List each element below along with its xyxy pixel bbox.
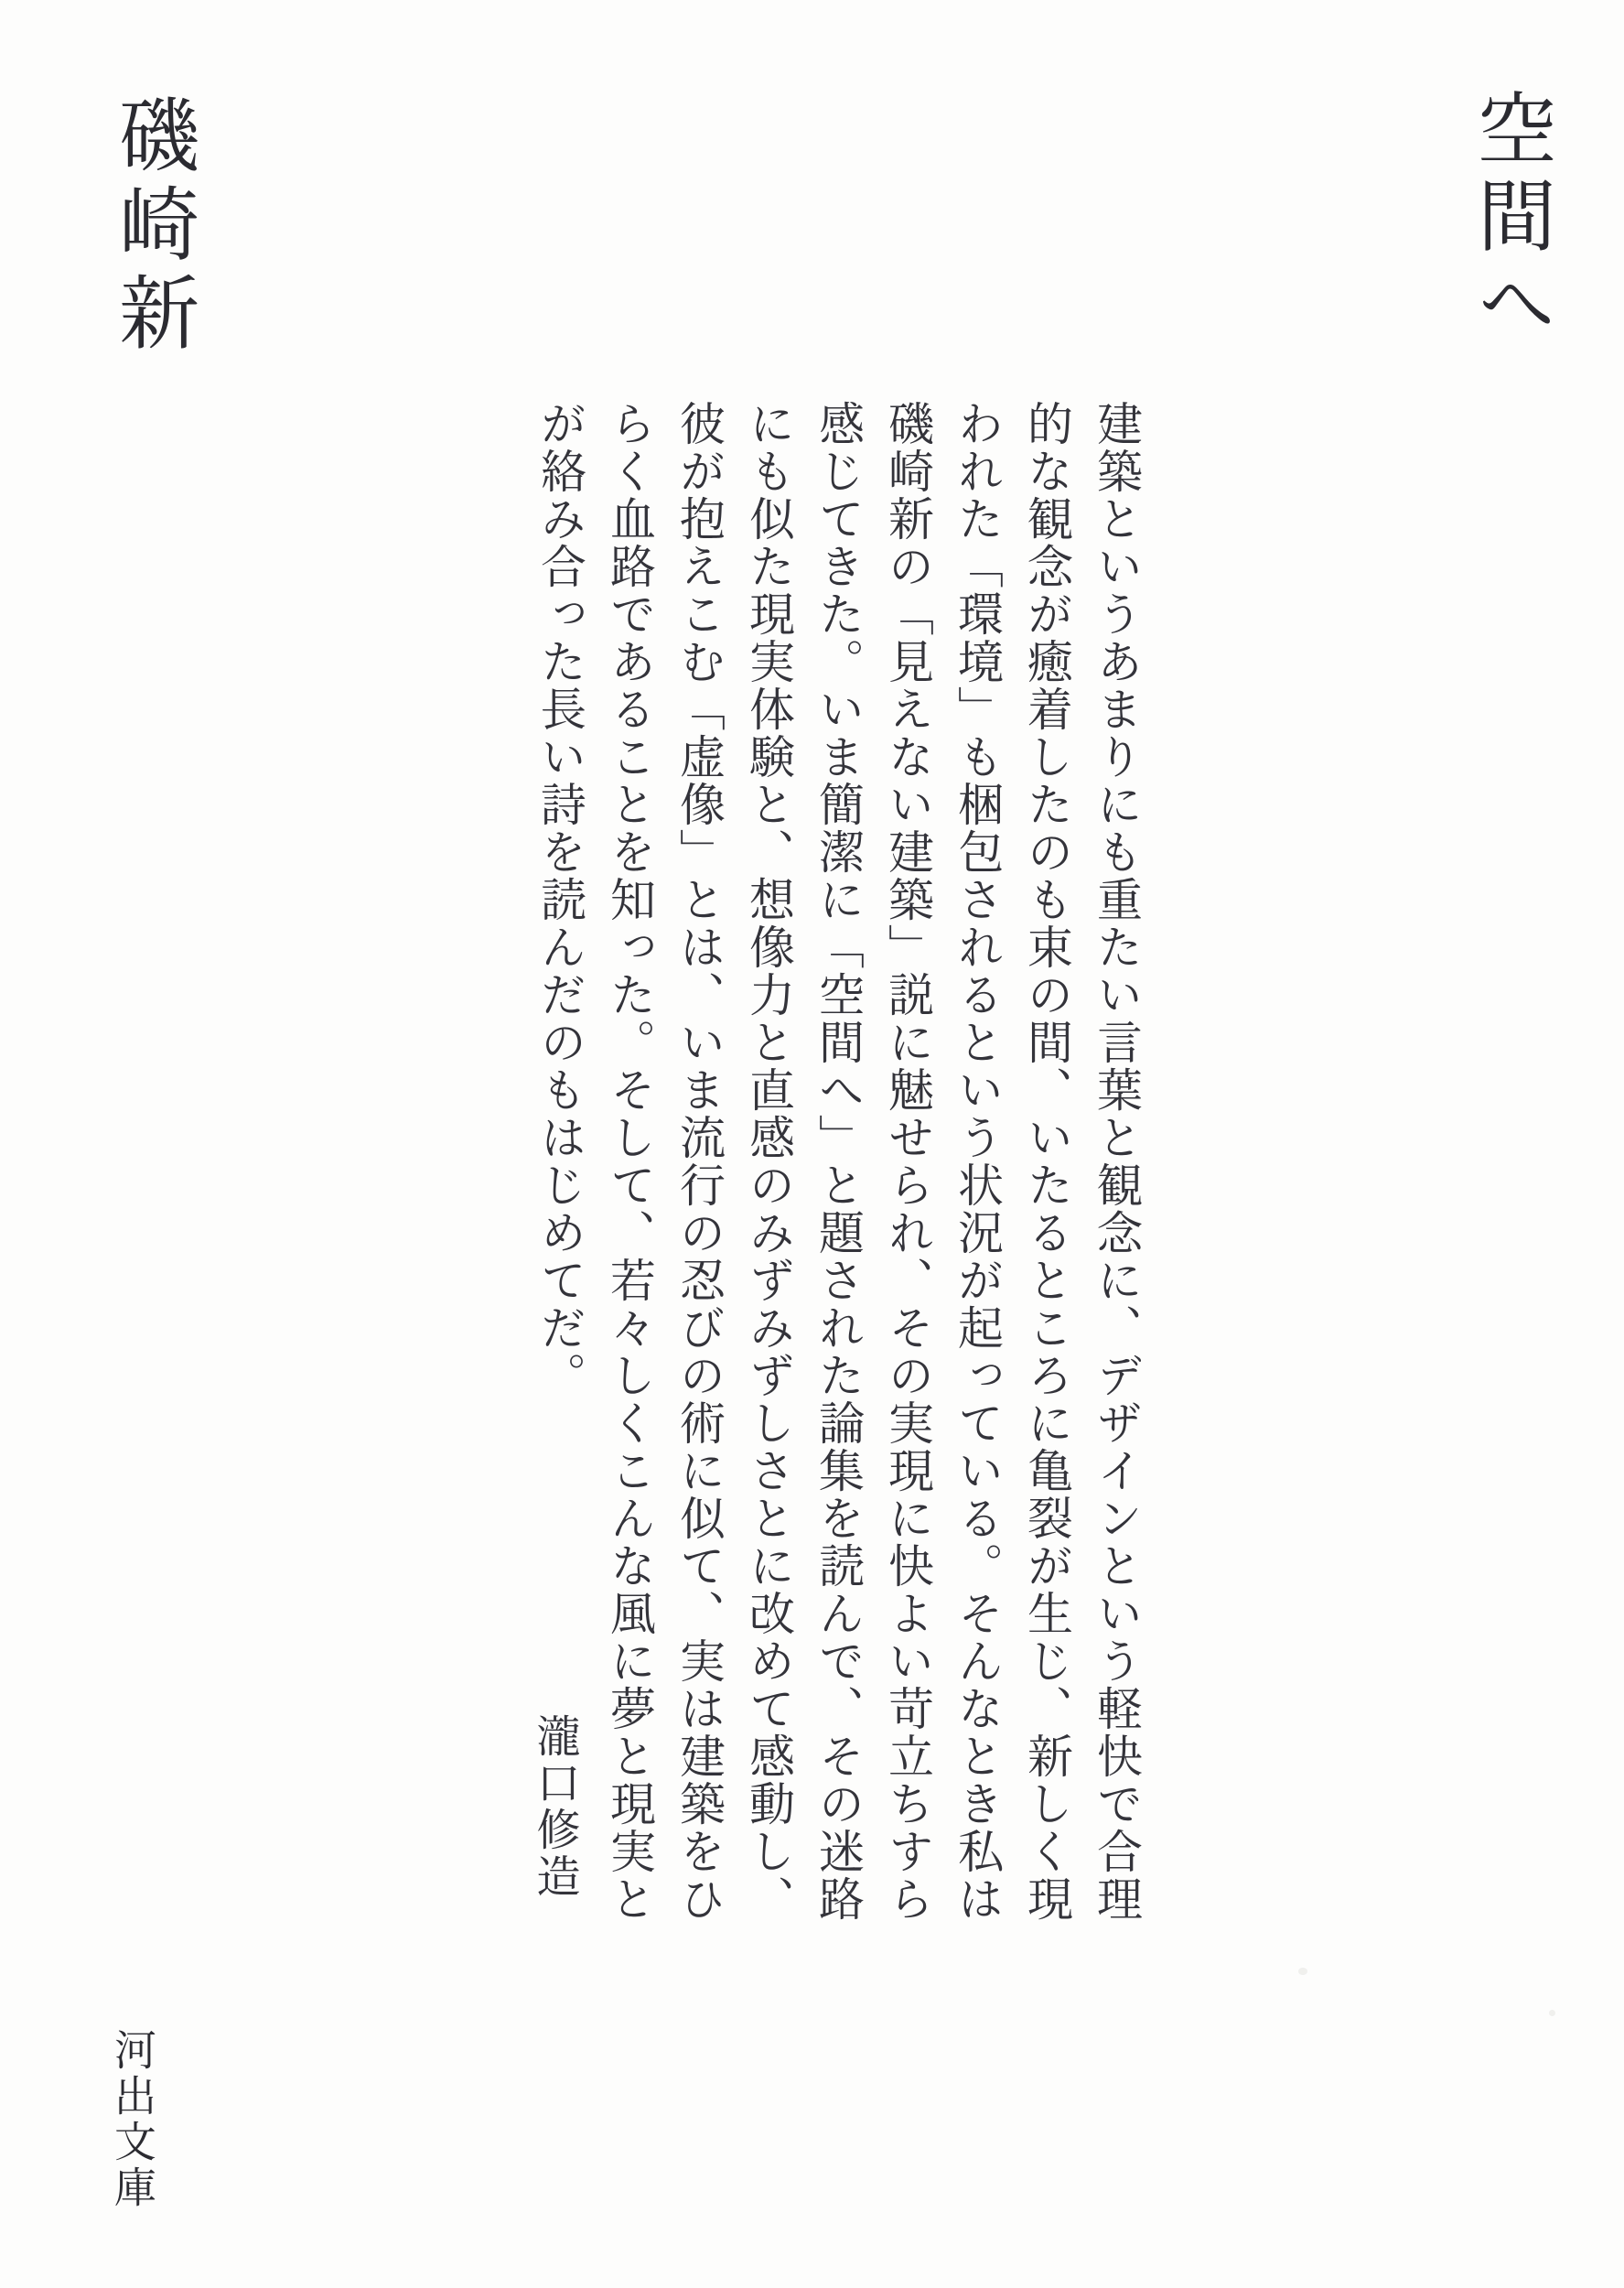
publisher-imprint: 河出文庫	[102, 2028, 162, 2211]
blurb-column: にも似た現実体験と、想像力と直感のみずみずしさとに改めて感動し、	[734, 400, 803, 1947]
blurb-column: 感じてきた。いま簡潔に「空間へ」と題された論集を読んで、その迷路	[803, 400, 873, 1947]
scan-smudge	[1298, 1968, 1307, 1975]
blurb-column: 建築というあまりにも重たい言葉と観念に、デザインという軽快で合理	[1081, 400, 1151, 1947]
blurb-column: 磯崎新の「見えない建築」説に魅せられ、その実現に快よい苛立ちすら	[873, 400, 942, 1947]
blurb-attribution: 瀧口修造	[522, 1713, 586, 1900]
blurb-column: 的な観念が癒着したのも束の間、いたるところに亀裂が生じ、新しく現	[1012, 400, 1081, 1947]
blurb-column: われた「環境」も梱包されるという状況が起っている。そんなとき私は	[942, 400, 1012, 1947]
blurb-column: 彼が抱えこむ「虚像」とは、いま流行の忍びの術に似て、実は建築をひ	[664, 400, 734, 1947]
page-title: 空間へ	[1453, 88, 1566, 349]
blurb-column: らく血路であることを知った。そして、若々しくこんな風に夢と現実と	[595, 400, 664, 1947]
book-page: 空間へ 磯崎新 建築というあまりにも重たい言葉と観念に、デザインという軽快で合理…	[0, 0, 1624, 2288]
blurb-text: 建築というあまりにも重たい言葉と観念に、デザインという軽快で合理 的な観念が癒着…	[525, 400, 1151, 1947]
scan-smudge	[1549, 2010, 1555, 2016]
author-name: 磯崎新	[93, 93, 209, 360]
